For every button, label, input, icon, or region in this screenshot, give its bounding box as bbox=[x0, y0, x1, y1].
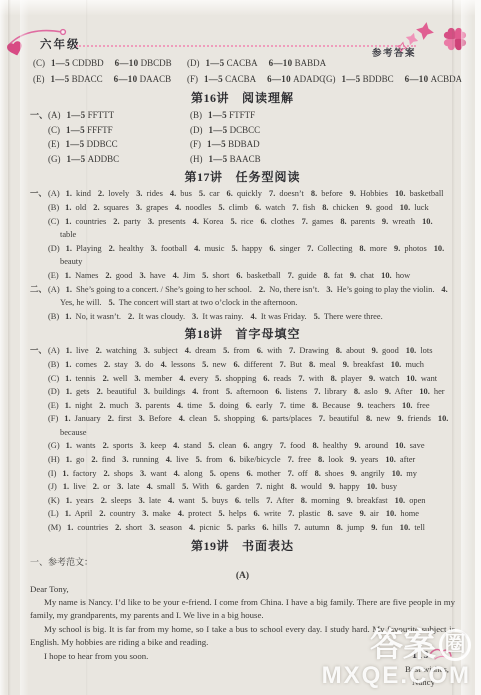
answer-cell-label: (C) bbox=[33, 58, 45, 68]
answer-line: (E)1. night2. much3. parents4. time5. do… bbox=[30, 399, 455, 413]
answer-item: 10. want bbox=[406, 374, 437, 383]
answer-item: 5. buys bbox=[202, 496, 228, 505]
answer-item: 1. She’s going to a concert. / She’s goi… bbox=[66, 285, 252, 294]
answer-item: 4. bus bbox=[170, 189, 192, 198]
list-marker bbox=[30, 467, 48, 481]
answer-cell-label: (E) bbox=[48, 139, 60, 149]
answer-cell-label: (C) bbox=[48, 125, 60, 135]
answer-item: 3. It was rainy. bbox=[192, 312, 243, 321]
answer-cell: (E)1—5 DDBCC bbox=[48, 137, 190, 152]
answer-item: 5. parks bbox=[227, 523, 256, 532]
answer-item: 5. clean bbox=[208, 441, 236, 450]
answer-group: 1—5 CACBA bbox=[206, 58, 258, 68]
answer-item: 6. with bbox=[257, 346, 282, 355]
answer-row: (E)1—5 DDBCC(F)1—5 BDBAD bbox=[30, 137, 455, 152]
answer-item: 2. well bbox=[103, 374, 128, 383]
answer-item: 5. short bbox=[202, 271, 229, 280]
list-marker bbox=[30, 242, 48, 269]
answer-item: 3. buildings bbox=[144, 387, 186, 396]
answer-item: 9. fun bbox=[371, 523, 393, 532]
answer-line-body: (E)1. Names2. good3. have4. Jim5. short6… bbox=[48, 269, 455, 283]
answer-line-label: (F) bbox=[48, 414, 58, 423]
answer-line-label: (G) bbox=[48, 441, 60, 450]
answer-item: 1. tennis bbox=[65, 374, 95, 383]
answer-item: 9. chat bbox=[350, 271, 374, 280]
answer-line: (D)1. gets2. beautiful3. buildings4. fro… bbox=[30, 385, 455, 399]
answer-line-body: (B)1. old2. squares3. grapes4. noodles5.… bbox=[48, 201, 455, 215]
answer-line: (B)1. old2. squares3. grapes4. noodles5.… bbox=[30, 201, 455, 215]
answer-group: 1—5 FFTTT bbox=[67, 110, 115, 120]
answer-item: 1. go bbox=[66, 455, 85, 464]
answer-item: 3. season bbox=[149, 523, 182, 532]
answer-cell-label: (F) bbox=[187, 74, 198, 84]
answer-item: 2. healthy bbox=[109, 244, 144, 253]
answer-item: 3. do bbox=[135, 360, 154, 369]
answer-item: 7. fish bbox=[292, 203, 315, 212]
answer-item: 5. There were three. bbox=[314, 312, 383, 321]
answer-item: 7. time bbox=[280, 401, 305, 410]
list-marker bbox=[30, 215, 48, 242]
section16-title-name: 阅读理解 bbox=[242, 91, 294, 105]
answer-item: 9. breakfast bbox=[343, 360, 384, 369]
carryover-answer-block: (C)1—5 CDDBD6—10 DBCDB(D)1—5 CACBA6—10 B… bbox=[30, 56, 455, 87]
answer-item: 3. keep bbox=[140, 441, 166, 450]
answer-item: 8. fat bbox=[324, 271, 343, 280]
answer-item: 4. It was Friday. bbox=[251, 312, 307, 321]
answer-group: 1—5 DCBCC bbox=[209, 125, 261, 135]
answer-line-body: (H)1. go2. find3. running4. live5. from6… bbox=[48, 453, 455, 467]
answer-item: 8. shoes bbox=[315, 469, 344, 478]
answer-line: 二、(A)1. She’s going to a concert. / She’… bbox=[30, 283, 455, 310]
answer-item: 1. old bbox=[65, 203, 86, 212]
answer-item: 1. countries bbox=[67, 523, 108, 532]
list-marker bbox=[30, 494, 48, 508]
answer-item: 5. from bbox=[196, 455, 223, 464]
answer-line-label: (J) bbox=[48, 482, 57, 491]
answer-item: 10. after bbox=[385, 455, 415, 464]
answer-item: 3. rides bbox=[136, 189, 163, 198]
answer-item: 2. first bbox=[108, 414, 132, 423]
answer-line-body: (F)1. January2. first3. Before4. clean5.… bbox=[48, 412, 455, 439]
section18-answer-block: 一、(A)1. live2. watching3. subject4. drea… bbox=[30, 344, 455, 534]
answer-line-label: (C) bbox=[48, 217, 59, 226]
answer-item: 7. plastic bbox=[288, 509, 320, 518]
answer-item: 7. night bbox=[256, 482, 284, 491]
answer-item: 2. find bbox=[91, 455, 115, 464]
answer-item: 3. subject bbox=[144, 346, 178, 355]
section19-title: 第19讲书面表达 bbox=[30, 539, 455, 554]
model-essay-letter: Dear Tony, My name is Nancy. I’d like to… bbox=[30, 583, 455, 690]
answer-line: (H)1. go2. find3. running4. live5. from6… bbox=[30, 453, 455, 467]
answer-item: 8. more bbox=[359, 244, 387, 253]
list-marker bbox=[30, 439, 48, 453]
answer-item: 1. night bbox=[65, 401, 93, 410]
answer-line-label: (B) bbox=[48, 360, 59, 369]
answer-item: 7. autumn bbox=[294, 523, 330, 532]
answer-item: 8. about bbox=[336, 346, 365, 355]
answer-item: 3. member bbox=[134, 374, 172, 383]
answer-line: (B)1. comes2. stay3. do4. lessons5. new6… bbox=[30, 358, 455, 372]
section17-answer-block: 一、(A)1. kind2. lovely3. rides4. bus5. ca… bbox=[30, 187, 455, 323]
answer-cell-label: (E) bbox=[33, 74, 45, 84]
answer-item: 7. After bbox=[266, 496, 294, 505]
letter-signature: Nancy bbox=[30, 676, 455, 689]
answer-line-body: (D)1. Playing2. healthy3. football4. mus… bbox=[48, 242, 455, 269]
answer-item: 10. home bbox=[386, 509, 419, 518]
answer-item: 5. new bbox=[202, 360, 226, 369]
answer-line-body: (A)1. live2. watching3. subject4. dream5… bbox=[48, 344, 455, 358]
answer-line-body: (A)1. kind2. lovely3. rides4. bus5. car6… bbox=[48, 187, 455, 201]
answer-item: 1. wants bbox=[66, 441, 96, 450]
list-marker bbox=[30, 358, 48, 372]
answer-line-body: (A)1. She’s going to a concert. / She’s … bbox=[48, 283, 455, 310]
answer-item: 6. listens bbox=[275, 387, 307, 396]
answer-item: 10. save bbox=[395, 441, 424, 450]
answer-line: (E)1. Names2. good3. have4. Jim5. short6… bbox=[30, 269, 455, 283]
answer-item: 10. tell bbox=[400, 523, 425, 532]
answer-item: 5. doing bbox=[209, 401, 238, 410]
answer-line-body: (G)1. wants2. sports3. keep4. stand5. cl… bbox=[48, 439, 455, 453]
answer-item: 2. lovely bbox=[98, 189, 129, 198]
letter-paragraph: I hope to hear from you soon. bbox=[30, 650, 455, 663]
answer-item: 5. With bbox=[182, 482, 209, 491]
list-marker bbox=[30, 480, 48, 494]
answer-item: 7. with bbox=[298, 374, 323, 383]
answer-item: 2. or bbox=[93, 482, 110, 491]
answer-item: 3. late bbox=[139, 496, 161, 505]
answer-item: 4. Jim bbox=[173, 271, 195, 280]
answer-item: 7. beautiful bbox=[319, 414, 359, 423]
answer-item: 2. squares bbox=[93, 203, 129, 212]
section16-answer-block: 一、(A)1—5 FFTTT(B)1—5 FTFTF(C)1—5 FFFTF(D… bbox=[30, 108, 455, 166]
letter-salutation: Dear Tony, bbox=[30, 583, 455, 596]
answer-item: 3. football bbox=[151, 244, 187, 253]
answer-item: 3. make bbox=[142, 509, 171, 518]
answer-item: 6. clothes bbox=[260, 217, 294, 226]
list-marker: 一、 bbox=[30, 344, 48, 358]
list-marker: 一、 bbox=[30, 108, 48, 123]
scanned-answer-page: 六年级 参考答案 (C)1—5 CDDBD6—10 DBCDB(D)1—5 CA… bbox=[0, 0, 481, 695]
answer-cell: (D)1—5 CACBA6—10 BABDA bbox=[187, 56, 326, 72]
answer-item: 2. sports bbox=[103, 441, 133, 450]
answer-item: 10. my bbox=[392, 469, 417, 478]
answer-item: 6. hills bbox=[262, 523, 287, 532]
answer-line: (G)1. wants2. sports3. keep4. stand5. cl… bbox=[30, 439, 455, 453]
list-marker bbox=[30, 372, 48, 386]
answer-item: 9. friends bbox=[397, 414, 431, 423]
answer-item: 7. off bbox=[288, 469, 308, 478]
answer-item: 3. want bbox=[140, 469, 167, 478]
answer-line: (I)1. factory2. shops3. want4. along5. o… bbox=[30, 467, 455, 481]
answer-item: 7. Collecting bbox=[307, 244, 352, 253]
answer-line-label: (I) bbox=[48, 469, 56, 478]
answer-item: 2. party bbox=[113, 217, 141, 226]
answer-cell-label: (F) bbox=[190, 139, 201, 149]
list-marker bbox=[30, 123, 48, 138]
answer-item: 6. singer bbox=[269, 244, 300, 253]
answer-group: 1—5 BDACC bbox=[51, 74, 103, 84]
answer-group: 6—10 DBCDB bbox=[115, 58, 172, 68]
answer-item: 2. country bbox=[99, 509, 135, 518]
answer-line-body: (B)1. No, it wasn’t.2. It was cloudy.3. … bbox=[48, 310, 455, 324]
answer-item: 7. But bbox=[280, 360, 302, 369]
section19-title-num: 第19讲 bbox=[191, 539, 229, 553]
answer-cell: (G)1—5 BDDBC6—10 ACBDA bbox=[323, 72, 462, 88]
answer-item: 5. opens bbox=[210, 469, 240, 478]
answer-line-label: (A) bbox=[48, 285, 60, 294]
answer-item: 4. live bbox=[166, 455, 189, 464]
answer-item: 3. He’s going to play the violin. bbox=[326, 285, 434, 294]
answer-line-body: (K)1. years2. sleeps3. late4. want5. buy… bbox=[48, 494, 455, 508]
answer-group: 1—5 BAACB bbox=[209, 154, 261, 164]
answer-item: 6. reads bbox=[263, 374, 291, 383]
answer-item: 4. clean bbox=[179, 414, 207, 423]
answer-item: 6. parts/places bbox=[262, 414, 312, 423]
answer-item: 9. After bbox=[385, 387, 413, 396]
answer-item: 9. watch bbox=[369, 374, 399, 383]
answer-cell-label: (D) bbox=[190, 125, 203, 135]
answer-item: 4. along bbox=[174, 469, 203, 478]
answer-line: (C)1. tennis2. well3. member4. every5. s… bbox=[30, 372, 455, 386]
answer-item: 8. before bbox=[311, 189, 343, 198]
answer-item: 9. happy bbox=[329, 482, 360, 491]
section17-title-name: 任务型阅读 bbox=[236, 170, 301, 184]
page-header: 六年级 参考答案 bbox=[0, 0, 481, 56]
answer-item: 10. much bbox=[391, 360, 424, 369]
answer-item: 3. late bbox=[117, 482, 139, 491]
answer-item: 1. factory bbox=[62, 469, 96, 478]
letter-paragraph: My school is big. It is far from my home… bbox=[30, 623, 455, 650]
answer-item: 1. comes bbox=[65, 360, 97, 369]
answer-line-label: (K) bbox=[48, 496, 60, 505]
answer-cell: (E)1—5 BDACC6—10 DAACB bbox=[33, 72, 187, 88]
answer-line-body: (M)1. countries2. short3. season4. picni… bbox=[48, 521, 455, 535]
answer-item: 8. morning bbox=[301, 496, 340, 505]
answer-row: 一、(A)1—5 FFTTT(B)1—5 FTFTF bbox=[30, 108, 455, 123]
list-marker bbox=[30, 399, 48, 413]
answer-item: 1. kind bbox=[66, 189, 91, 198]
answer-item: 5. rice bbox=[231, 217, 254, 226]
answer-item: 8. aslo bbox=[354, 387, 378, 396]
answer-item: 5. afternoon bbox=[226, 387, 268, 396]
answer-item: 10. busy bbox=[367, 482, 397, 491]
answer-item: 10. how bbox=[381, 271, 410, 280]
answer-item: 5. The concert will start at two o’clock… bbox=[109, 298, 298, 307]
answer-cell: (A)1—5 FFTTT bbox=[48, 108, 190, 123]
answer-item: 4. want bbox=[168, 496, 195, 505]
answer-line: 一、(A)1. kind2. lovely3. rides4. bus5. ca… bbox=[30, 187, 455, 201]
answer-item: 5. car bbox=[199, 189, 220, 198]
answer-item: 6. angry bbox=[243, 441, 272, 450]
list-marker bbox=[30, 310, 48, 324]
answer-item: 1. Names bbox=[65, 271, 99, 280]
answer-item: 1. No, it wasn’t. bbox=[65, 312, 121, 321]
answer-item: 5. shopping bbox=[215, 374, 256, 383]
answer-line-body: (D)1. gets2. beautiful3. buildings4. fro… bbox=[48, 385, 455, 399]
answer-group: 1—5 CDDBD bbox=[51, 58, 104, 68]
answer-item: 2. shops bbox=[103, 469, 132, 478]
answer-item: 1. April bbox=[65, 509, 93, 518]
answer-item: 9. good bbox=[372, 346, 399, 355]
answer-line-body: (J)1. live2. or3. late4. small5. With6. … bbox=[48, 480, 455, 494]
answer-line-label: (D) bbox=[48, 387, 60, 396]
answer-group: 6—10 BABDA bbox=[269, 58, 326, 68]
answer-item: 3. parents bbox=[135, 401, 170, 410]
answer-item: 6. basketball bbox=[236, 271, 280, 280]
answer-line-label: (E) bbox=[48, 271, 59, 280]
answer-cell: (C)1—5 CDDBD6—10 DBCDB bbox=[33, 56, 187, 72]
answer-cell: (H)1—5 BAACB bbox=[190, 152, 332, 167]
answer-item: 2. beautiful bbox=[97, 387, 137, 396]
answer-cell-label: (H) bbox=[190, 154, 203, 164]
list-marker bbox=[30, 521, 48, 535]
answer-item: 6. write bbox=[253, 509, 281, 518]
list-marker: 一、 bbox=[30, 187, 48, 201]
answer-item: 1. January bbox=[64, 414, 100, 423]
answer-row: (E)1—5 BDACC6—10 DAACB(F)1—5 CACBA6—10 A… bbox=[30, 72, 455, 88]
answer-item: 2. much bbox=[99, 401, 128, 410]
answer-item: 4. stand bbox=[173, 441, 201, 450]
answer-cell-label: (G) bbox=[323, 74, 336, 84]
grade-badge: 六年级 bbox=[40, 36, 81, 52]
answer-cell: (C)1—5 FFFTF bbox=[48, 123, 190, 138]
answer-group: 1—5 ADDBC bbox=[67, 154, 120, 164]
bird-icon bbox=[427, 645, 453, 663]
answer-group: 6—10 ACBDA bbox=[405, 74, 462, 84]
answer-item: 6. mother bbox=[247, 469, 281, 478]
answer-line: (B)1. No, it wasn’t.2. It was cloudy.3. … bbox=[30, 310, 455, 324]
answer-cell-label: (B) bbox=[190, 110, 202, 120]
answer-item: 10. free bbox=[402, 401, 430, 410]
answer-item: 3. grapes bbox=[136, 203, 168, 212]
answer-group: 1—5 DDBCC bbox=[66, 139, 118, 149]
page-content: (C)1—5 CDDBD6—10 DBCDB(D)1—5 CACBA6—10 B… bbox=[0, 56, 481, 690]
answer-cell: (B)1—5 FTFTF bbox=[190, 108, 332, 123]
answer-cell: (F)1—5 BDBAD bbox=[190, 137, 332, 152]
answer-item: 9. good bbox=[366, 203, 393, 212]
letter-body: My name is Nancy. I’d like to be your e-… bbox=[30, 596, 455, 663]
answer-item: 6. early bbox=[246, 401, 273, 410]
answer-group: 6—10 DAACB bbox=[114, 74, 171, 84]
answer-line-label: (B) bbox=[48, 312, 59, 321]
answer-line: (K)1. years2. sleeps3. late4. want5. buy… bbox=[30, 494, 455, 508]
answer-item: 4. front bbox=[192, 387, 219, 396]
answer-item: 4. every bbox=[179, 374, 208, 383]
answer-item: 4. Korea bbox=[193, 217, 224, 226]
answer-cell: (D)1—5 DCBCC bbox=[190, 123, 332, 138]
answer-item: 4. picnic bbox=[189, 523, 220, 532]
answer-line-body: (I)1. factory2. shops3. want4. along5. o… bbox=[48, 467, 455, 481]
answer-line-body: (C)1. tennis2. well3. member4. every5. s… bbox=[48, 372, 455, 386]
answer-line-label: (E) bbox=[48, 401, 59, 410]
list-marker bbox=[30, 385, 48, 399]
answer-item: 1. live bbox=[66, 346, 89, 355]
answer-item: 9. around bbox=[354, 441, 388, 450]
answer-item: 8. new bbox=[366, 414, 390, 423]
answer-line-label: (A) bbox=[48, 189, 60, 198]
stars-clover-icon bbox=[393, 22, 473, 56]
answer-item: 7. games bbox=[302, 217, 334, 226]
answer-item: 4. noodles bbox=[175, 203, 211, 212]
answer-item: 8. would bbox=[291, 482, 322, 491]
answer-item: 3. running bbox=[122, 455, 158, 464]
answer-group: 1—5 FFFTF bbox=[66, 125, 113, 135]
dotted-divider bbox=[76, 45, 416, 47]
answer-item: 9. photos bbox=[394, 244, 427, 253]
answer-item: 6. watch bbox=[255, 203, 285, 212]
answer-line: (D)1. Playing2. healthy3. football4. mus… bbox=[30, 242, 455, 269]
model-essay-label: 一、参考范文： bbox=[30, 556, 455, 569]
answer-item: 2. good bbox=[105, 271, 132, 280]
section18-title-name: 首字母填空 bbox=[236, 327, 301, 341]
answer-item: 8. save bbox=[327, 509, 352, 518]
answer-item: 10. her bbox=[419, 387, 444, 396]
section17-title: 第17讲任务型阅读 bbox=[30, 170, 455, 185]
answer-item: 9. wreath bbox=[382, 217, 415, 226]
answer-item: 9. air bbox=[360, 509, 379, 518]
answer-cell: (F)1—5 CACBA6—10 ADADC bbox=[187, 72, 323, 88]
answer-item: 4. protect bbox=[178, 509, 212, 518]
answer-item: 8. healthy bbox=[312, 441, 347, 450]
answer-item: 4. dream bbox=[185, 346, 216, 355]
answer-item: 4. lessons bbox=[161, 360, 196, 369]
answer-item: 6. tells bbox=[235, 496, 259, 505]
answer-item: 6. garden bbox=[216, 482, 249, 491]
letter-closing: Best wishes, bbox=[30, 663, 455, 676]
letter-paragraph: My name is Nancy. I’d like to be your e-… bbox=[30, 596, 455, 623]
section19-title-name: 书面表达 bbox=[242, 539, 294, 553]
answer-cell-label: (A) bbox=[48, 110, 61, 120]
section18-title-num: 第18讲 bbox=[184, 327, 222, 341]
answer-line-label: (C) bbox=[48, 374, 59, 383]
answer-group: 6—10 ADADC bbox=[267, 74, 325, 84]
answer-line-body: (C)1. countries2. party3. presents4. Kor… bbox=[48, 215, 455, 242]
answer-item: 8. look bbox=[318, 455, 343, 464]
list-marker bbox=[30, 137, 48, 152]
answer-item: 8. parents bbox=[340, 217, 375, 226]
answer-item: 9. teachers bbox=[357, 401, 395, 410]
section16-title: 第16讲阅读理解 bbox=[30, 91, 455, 106]
list-marker bbox=[30, 453, 48, 467]
variant-label: (A) bbox=[30, 569, 455, 583]
section17-title-num: 第17讲 bbox=[184, 170, 222, 184]
answer-item: 9. breakfast bbox=[347, 496, 388, 505]
answer-group: 1—5 BDBAD bbox=[207, 139, 260, 149]
answer-item: 4. small bbox=[147, 482, 176, 491]
answer-line-body: (B)1. comes2. stay3. do4. lessons5. new6… bbox=[48, 358, 455, 372]
answer-item: 8. player bbox=[331, 374, 362, 383]
answer-item: 2. No, there isn’t. bbox=[259, 285, 319, 294]
clover-icon bbox=[443, 27, 468, 52]
answer-item: 1. years bbox=[66, 496, 94, 505]
answer-item: 10. lots bbox=[406, 346, 433, 355]
answer-line-label: (L) bbox=[48, 509, 59, 518]
answer-item: 7. Drawing bbox=[289, 346, 329, 355]
list-marker bbox=[30, 152, 48, 167]
answer-item: 9. years bbox=[350, 455, 378, 464]
answer-item: 2. short bbox=[115, 523, 142, 532]
answer-item: 5. from bbox=[223, 346, 250, 355]
answer-item: 8. chicken bbox=[322, 203, 358, 212]
answer-line: (C)1. countries2. party3. presents4. Kor… bbox=[30, 215, 455, 242]
answer-item: 6. quickly bbox=[227, 189, 263, 198]
answer-line: (L)1. April2. country3. make4. protect5.… bbox=[30, 507, 455, 521]
answer-line-label: (H) bbox=[48, 455, 60, 464]
answer-item: 9. angrily bbox=[351, 469, 385, 478]
answer-item: 5. helps bbox=[218, 509, 246, 518]
list-marker bbox=[30, 412, 48, 439]
answer-item: 7. food bbox=[280, 441, 306, 450]
